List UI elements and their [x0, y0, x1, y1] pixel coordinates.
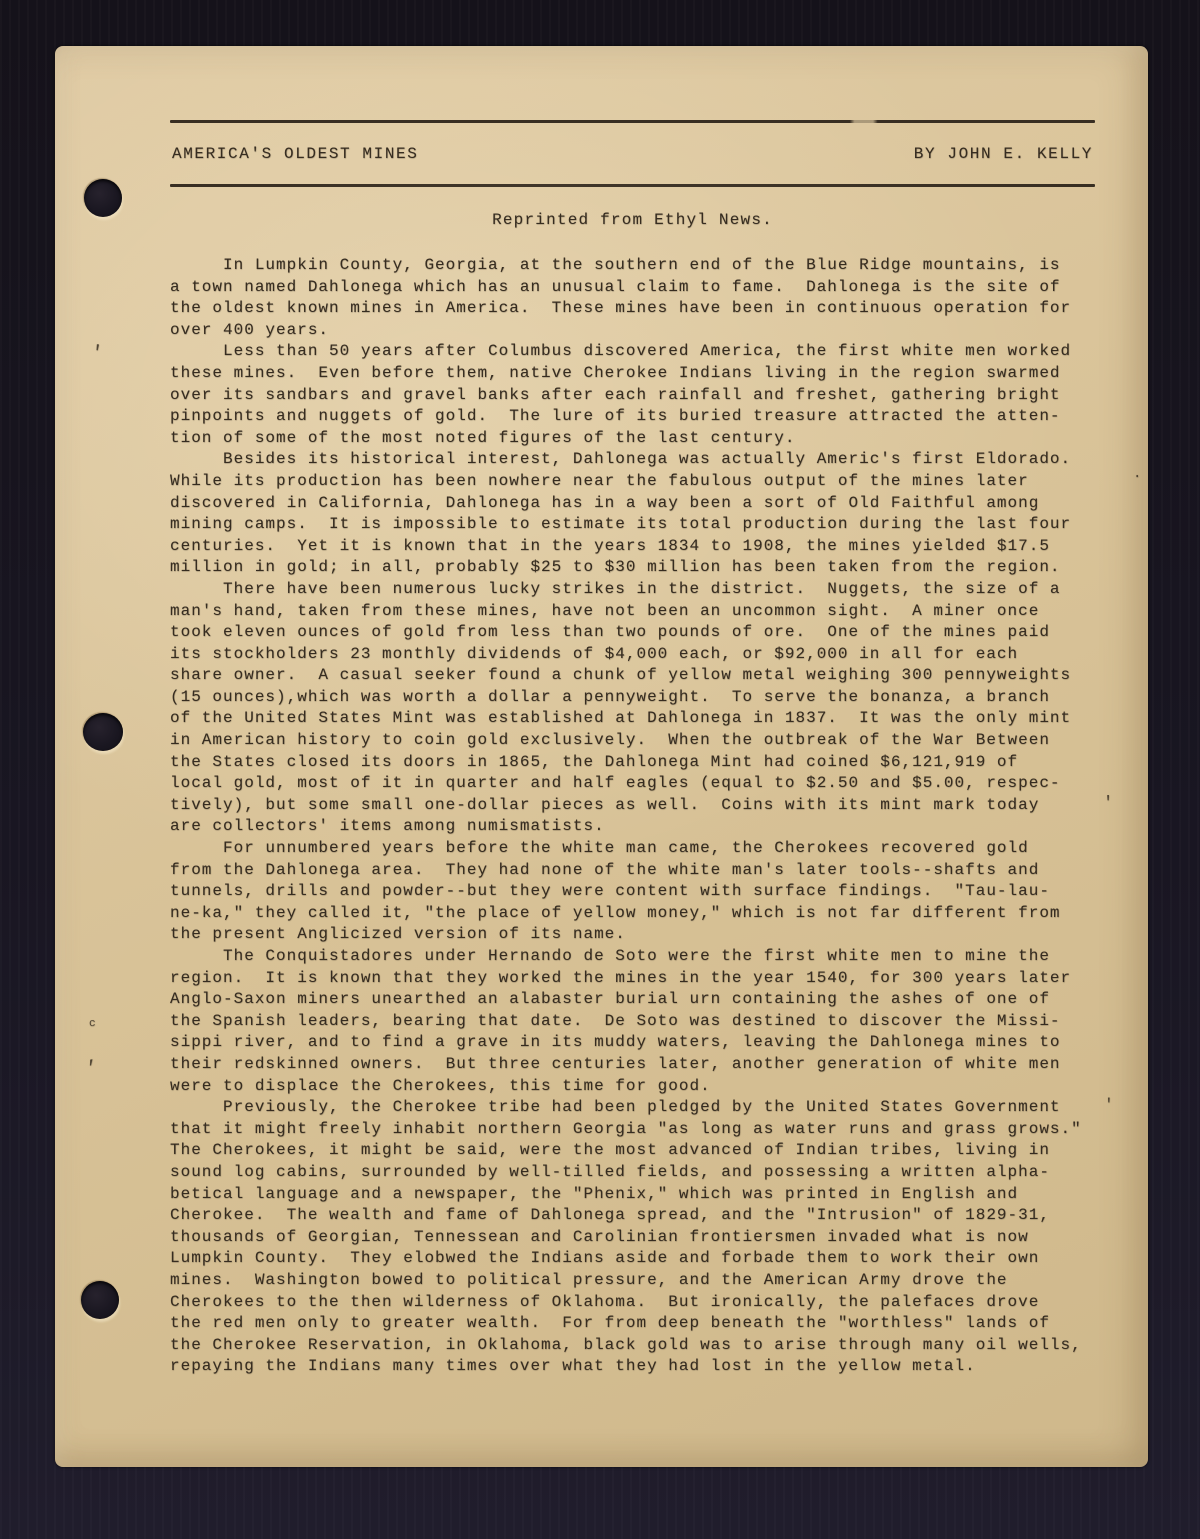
- article-title: AMERICA'S OLDEST MINES: [172, 145, 418, 163]
- paragraph-columbus: Less than 50 years after Columbus discov…: [170, 341, 1095, 449]
- stray-mark: c: [89, 1018, 96, 1030]
- paragraph-cherokee-gold: For unnumbered years before the white ma…: [170, 838, 1095, 946]
- paragraph-lucky-strikes: There have been numerous lucky strikes i…: [170, 579, 1095, 838]
- stray-mark: .: [1133, 466, 1141, 482]
- punch-hole-middle: [83, 713, 123, 751]
- punch-hole-top: [84, 179, 122, 217]
- paragraph-eldorado: Besides its historical interest, Dahlone…: [170, 449, 1095, 579]
- stray-mark: ,: [84, 1047, 99, 1069]
- stray-mark: ': [1103, 794, 1113, 813]
- stray-mark: ': [90, 341, 104, 364]
- article-byline: BY JOHN E. KELLY: [914, 145, 1093, 163]
- stray-mark: ': [1104, 1096, 1114, 1114]
- punch-hole-bottom: [81, 1281, 119, 1319]
- paragraph-intro: In Lumpkin County, Georgia, at the south…: [170, 255, 1095, 341]
- article-subtitle: Reprinted from Ethyl News.: [170, 211, 1095, 229]
- paper-sheet: ' c , ' . ' AMERICA'S OLDEST MINES BY JO…: [55, 46, 1148, 1467]
- scan-background: ' c , ' . ' AMERICA'S OLDEST MINES BY JO…: [0, 0, 1200, 1539]
- paragraph-removal: Previously, the Cherokee tribe had been …: [170, 1097, 1095, 1378]
- header-row: AMERICA'S OLDEST MINES BY JOHN E. KELLY: [170, 123, 1095, 184]
- article-body: In Lumpkin County, Georgia, at the south…: [170, 255, 1095, 1378]
- header-rule-bottom: [170, 184, 1095, 187]
- paragraph-conquistadores: The Conquistadores under Hernando de Sot…: [170, 946, 1095, 1097]
